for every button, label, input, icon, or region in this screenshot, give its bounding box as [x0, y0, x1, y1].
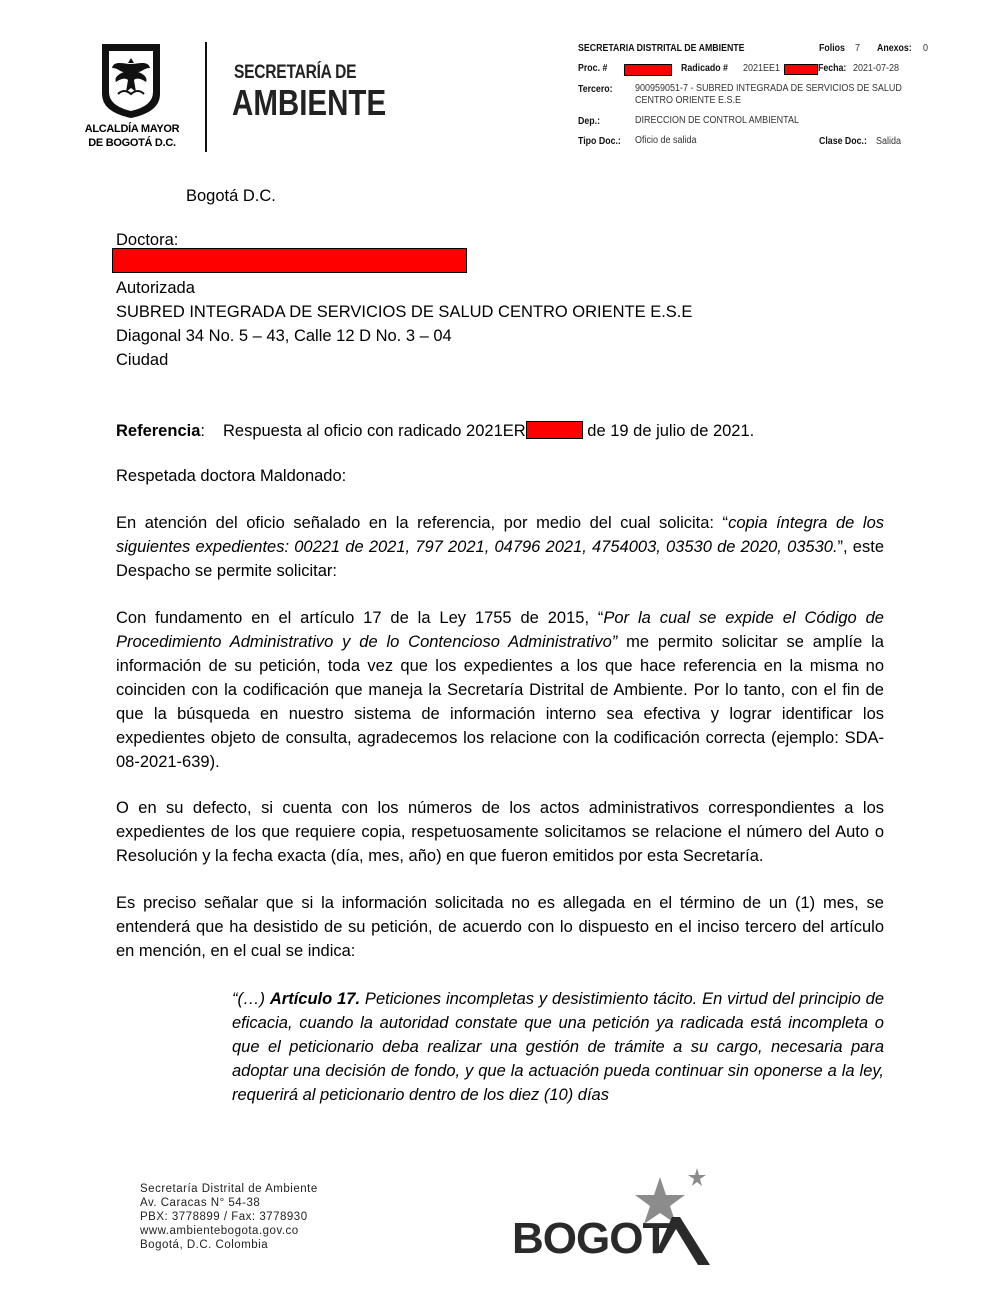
- anexos-label: Anexos:: [877, 43, 912, 54]
- recipient-city: Ciudad: [116, 348, 168, 372]
- meta-dep-label: Dep.:: [578, 116, 603, 127]
- meta-tercero-label: Tercero:: [578, 84, 617, 95]
- bogota-stars-icon: BOGOT: [510, 1165, 720, 1270]
- fecha-value: 2021-07-28: [853, 63, 899, 74]
- folios-label: Folios: [819, 43, 845, 54]
- greeting: Respetada doctora Maldonado:: [116, 464, 346, 488]
- article-quote: “(…) Artículo 17. Peticiones incompletas…: [232, 987, 884, 1107]
- meta-tipo-value: Oficio de salida: [635, 135, 703, 146]
- meta-fecha: Fecha: 2021-07-28: [818, 63, 904, 74]
- tercero-line-2: CENTRO ORIENTE E.S.E: [635, 95, 741, 107]
- letter-city: Bogotá D.C.: [186, 184, 276, 208]
- reference-text-a: Respuesta al oficio con radicado 2021ER: [223, 422, 526, 440]
- secretaria-title-line1: SECRETARÍA DE: [234, 62, 356, 84]
- bogota-logo: BOGOT: [510, 1165, 720, 1270]
- recipient-name-redaction: [112, 248, 467, 273]
- p2-text-b: me permito solicitar se amplíe la inform…: [116, 633, 884, 771]
- footer-line-street: Av. Caracas N° 54-38: [140, 1196, 318, 1210]
- header-divider: [205, 42, 207, 152]
- dep-value: DIRECCION DE CONTROL AMBIENTAL: [635, 115, 799, 126]
- recipient-address: Diagonal 34 No. 5 – 43, Calle 12 D No. 3…: [116, 324, 452, 348]
- recipient-org: SUBRED INTEGRADA DE SERVICIOS DE SALUD C…: [116, 300, 692, 324]
- clase-label: Clase Doc.:: [819, 136, 867, 147]
- paragraph-3: O en su defecto, si cuenta con los númer…: [116, 796, 884, 868]
- dep-label: Dep.:: [578, 116, 600, 127]
- meta-tipo-label: Tipo Doc.:: [578, 136, 627, 147]
- footer-line-website: www.ambientebogota.gov.co: [140, 1224, 318, 1238]
- radicado-prefix: 2021EE1: [743, 63, 780, 74]
- footer-line-city: Bogotá, D.C. Colombia: [140, 1238, 318, 1252]
- paragraph-4: Es preciso señalar que si la información…: [116, 891, 884, 963]
- alcaldia-line-2: DE BOGOTÁ D.C.: [82, 136, 182, 150]
- p1-text-a: En atención del oficio señalado en la re…: [116, 514, 728, 532]
- reference-line: Referencia:Respuesta al oficio con radic…: [116, 419, 754, 443]
- meta-tercero-value: 900959051-7 - SUBRED INTEGRADA DE SERVIC…: [635, 83, 932, 107]
- meta-entity: SECRETARIA DISTRITAL DE AMBIENTE: [578, 43, 767, 54]
- reference-label: Referencia: [116, 422, 200, 440]
- quote-article-title: Artículo 17.: [270, 990, 360, 1008]
- p2-text-a: Con fundamento en el artículo 17 de la L…: [116, 609, 603, 627]
- secretaria-title-line2: AMBIENTE: [232, 82, 386, 124]
- meta-anexos: Anexos: 0: [877, 43, 929, 54]
- alcaldia-label: ALCALDÍA MAYOR DE BOGOTÁ D.C.: [82, 122, 182, 150]
- tercero-label: Tercero:: [578, 84, 613, 95]
- quote-open: “(…): [232, 990, 270, 1008]
- reference-colon: :: [200, 422, 205, 440]
- meta-clase: Clase Doc.: Salida: [819, 136, 904, 147]
- meta-proc: Proc. #: [578, 63, 611, 74]
- reference-text-b: de 19 de julio de 2021.: [583, 422, 755, 440]
- radicado-label: Radicado #: [681, 63, 728, 74]
- bogota-coat-of-arms-icon: [100, 42, 162, 120]
- radicado-redaction: [784, 64, 818, 75]
- meta-folios: Folios 7: [819, 43, 861, 54]
- reference-redaction: [526, 421, 583, 439]
- anexos-value: 0: [923, 43, 928, 54]
- folios-value: 7: [855, 43, 860, 54]
- proc-redaction: [624, 64, 672, 76]
- tipo-label: Tipo Doc.:: [578, 136, 621, 147]
- paragraph-2: Con fundamento en el artículo 17 de la L…: [116, 606, 884, 774]
- meta-entity-text: SECRETARIA DISTRITAL DE AMBIENTE: [578, 43, 745, 54]
- footer-address: Secretaría Distrital de Ambiente Av. Car…: [140, 1182, 318, 1252]
- meta-dep-value: DIRECCION DE CONTROL AMBIENTAL: [635, 115, 817, 126]
- fecha-label: Fecha:: [818, 63, 846, 74]
- recipient-role: Autorizada: [116, 276, 195, 300]
- footer-line-org: Secretaría Distrital de Ambiente: [140, 1182, 318, 1196]
- meta-radicado-value: 2021EE1: [743, 63, 784, 74]
- clase-value: Salida: [876, 136, 901, 147]
- alcaldia-line-1: ALCALDÍA MAYOR: [82, 122, 182, 136]
- tipo-value: Oficio de salida: [635, 135, 697, 146]
- proc-label: Proc. #: [578, 63, 607, 74]
- paragraph-1: En atención del oficio señalado en la re…: [116, 511, 884, 583]
- tercero-line-1: 900959051-7 - SUBRED INTEGRADA DE SERVIC…: [635, 83, 902, 95]
- footer-line-phone: PBX: 3778899 / Fax: 3778930: [140, 1210, 318, 1224]
- svg-text:BOGOT: BOGOT: [512, 1214, 669, 1263]
- meta-radicado: Radicado #: [681, 63, 734, 74]
